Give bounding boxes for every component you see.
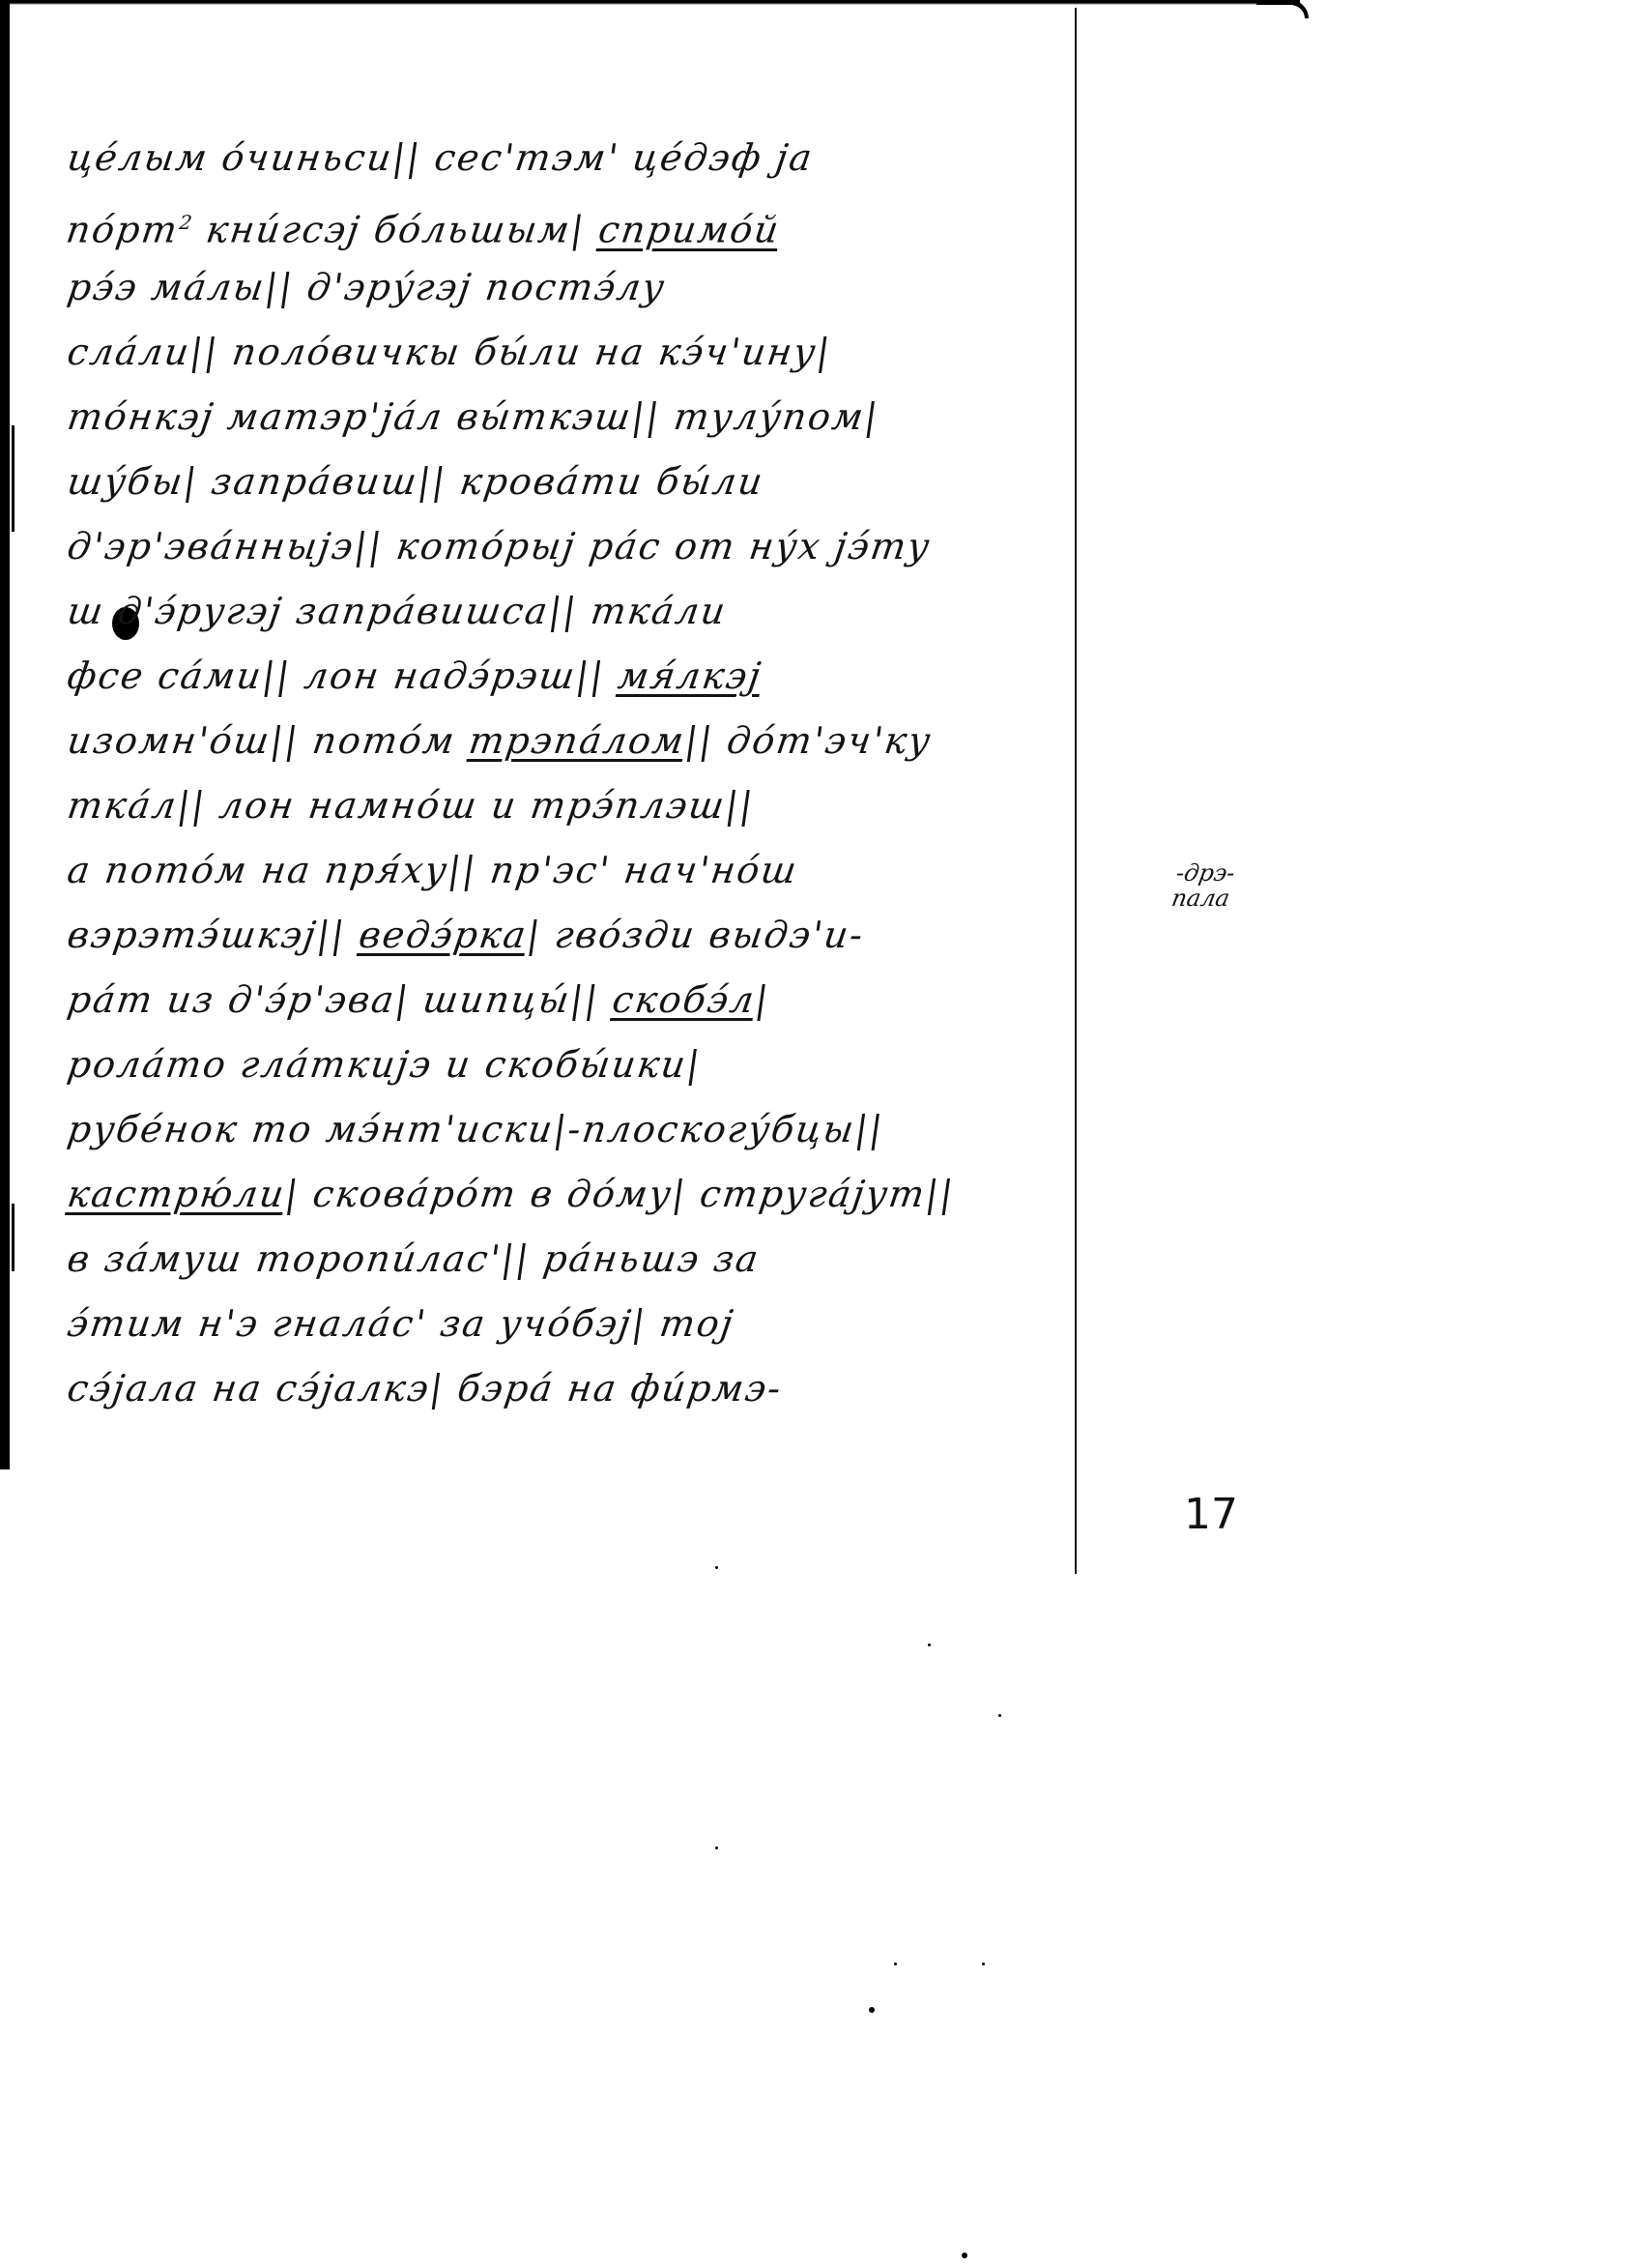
margin-note-line: пала	[1169, 886, 1232, 911]
scan-margin-bracket	[12, 1204, 14, 1271]
page-corner-curl	[1256, 0, 1309, 18]
scan-speck	[715, 1846, 718, 1849]
text-line: вэрэтэ́шкэj|| ведэ́рка| гво́зди выдэ'и-	[63, 903, 1096, 968]
text-line: кастрю́ли| скова́ро́т в до́му| струга́jу…	[63, 1162, 1096, 1227]
scan-speck	[962, 2253, 967, 2258]
scan-speck	[894, 1963, 897, 1965]
underlined-word: трэпа́лом	[466, 719, 688, 762]
text-line: сэ́jала на сэ́jалкэ| бэра́ на фи́рмэ-	[63, 1356, 1096, 1421]
underlined-word: спримо́й	[596, 209, 784, 251]
handwritten-text-block: це́лым о́чиньси|| сеc'тэм' це́дэф ja по́…	[68, 126, 1092, 1421]
scan-speck	[869, 2007, 875, 2013]
page-top-edge	[0, 0, 1300, 5]
text-line: тка́л|| лон намно́ш и трэ́плэш||	[63, 773, 1096, 838]
text-line: рэ́э ма́лы|| д'эру́гэj постэ́лу	[63, 255, 1096, 320]
text-line: це́лым о́чиньси|| сеc'тэм' це́дэф ja	[63, 126, 1096, 190]
margin-note-line: -дрэ-	[1174, 860, 1237, 886]
text-line: ра́т из д'э́р'эва| шипцы́|| скобэ́л|	[63, 968, 1096, 1032]
text-line: изомн'о́ш|| пото́м трэпа́лом|| до́т'эч'к…	[63, 709, 1096, 773]
text-line: фсе са́ми|| лон надэ́рэш|| мя́лкэj	[63, 644, 1096, 709]
scan-speck	[715, 1566, 718, 1569]
underlined-word: ведэ́рка	[357, 914, 531, 956]
scan-margin-bracket	[12, 425, 14, 532]
page-number: 17	[1184, 1491, 1238, 1539]
text-line: по́рт2 кни́гсэj бо́льшым| спримо́й	[63, 190, 1096, 255]
text-line: ш д'э́ругэj запра́вишса|| тка́ли	[63, 579, 1096, 644]
underlined-word: скобэ́л	[610, 978, 759, 1021]
underlined-word: мя́лкэj	[616, 654, 765, 697]
scan-speck	[998, 1714, 1001, 1717]
text-line: д'эр'эва́нныjэ|| кото́рыj ра́с от ну́х j…	[63, 514, 1096, 579]
text-line: э́тим н'э гнала́с' за учо́бэj| тоj	[63, 1292, 1096, 1356]
text-line: рубе́нок то мэ́нт'иски|-плоскогу́бцы||	[63, 1097, 1096, 1162]
underlined-word: кастрю́ли	[65, 1173, 288, 1215]
margin-note: -дрэ- пала	[1169, 860, 1236, 911]
text-line: рола́то гла́ткиjэ и скобы́ики|	[63, 1032, 1096, 1097]
scan-left-border	[0, 0, 10, 1469]
text-line: в за́муш торопи́лас'|| ра́ньшэ за	[63, 1227, 1096, 1292]
text-line: а пото́м на пря́ху|| пр'эс' нач'но́ш	[63, 838, 1096, 903]
scan-speck	[982, 1963, 985, 1965]
scanned-page: це́лым о́чиньси|| сеc'тэм' це́дэф ja по́…	[0, 0, 1643, 2268]
text-line: шу́бы| запра́виш|| крова́ти бы́ли	[63, 450, 1096, 514]
text-line: то́нкэj матэр'jа́л вы́ткэш|| тулу́пом|	[63, 385, 1096, 450]
text-line: сла́ли|| поло́вичкы бы́ли на кэ́ч'ину|	[63, 320, 1096, 385]
scan-speck	[928, 1643, 931, 1646]
